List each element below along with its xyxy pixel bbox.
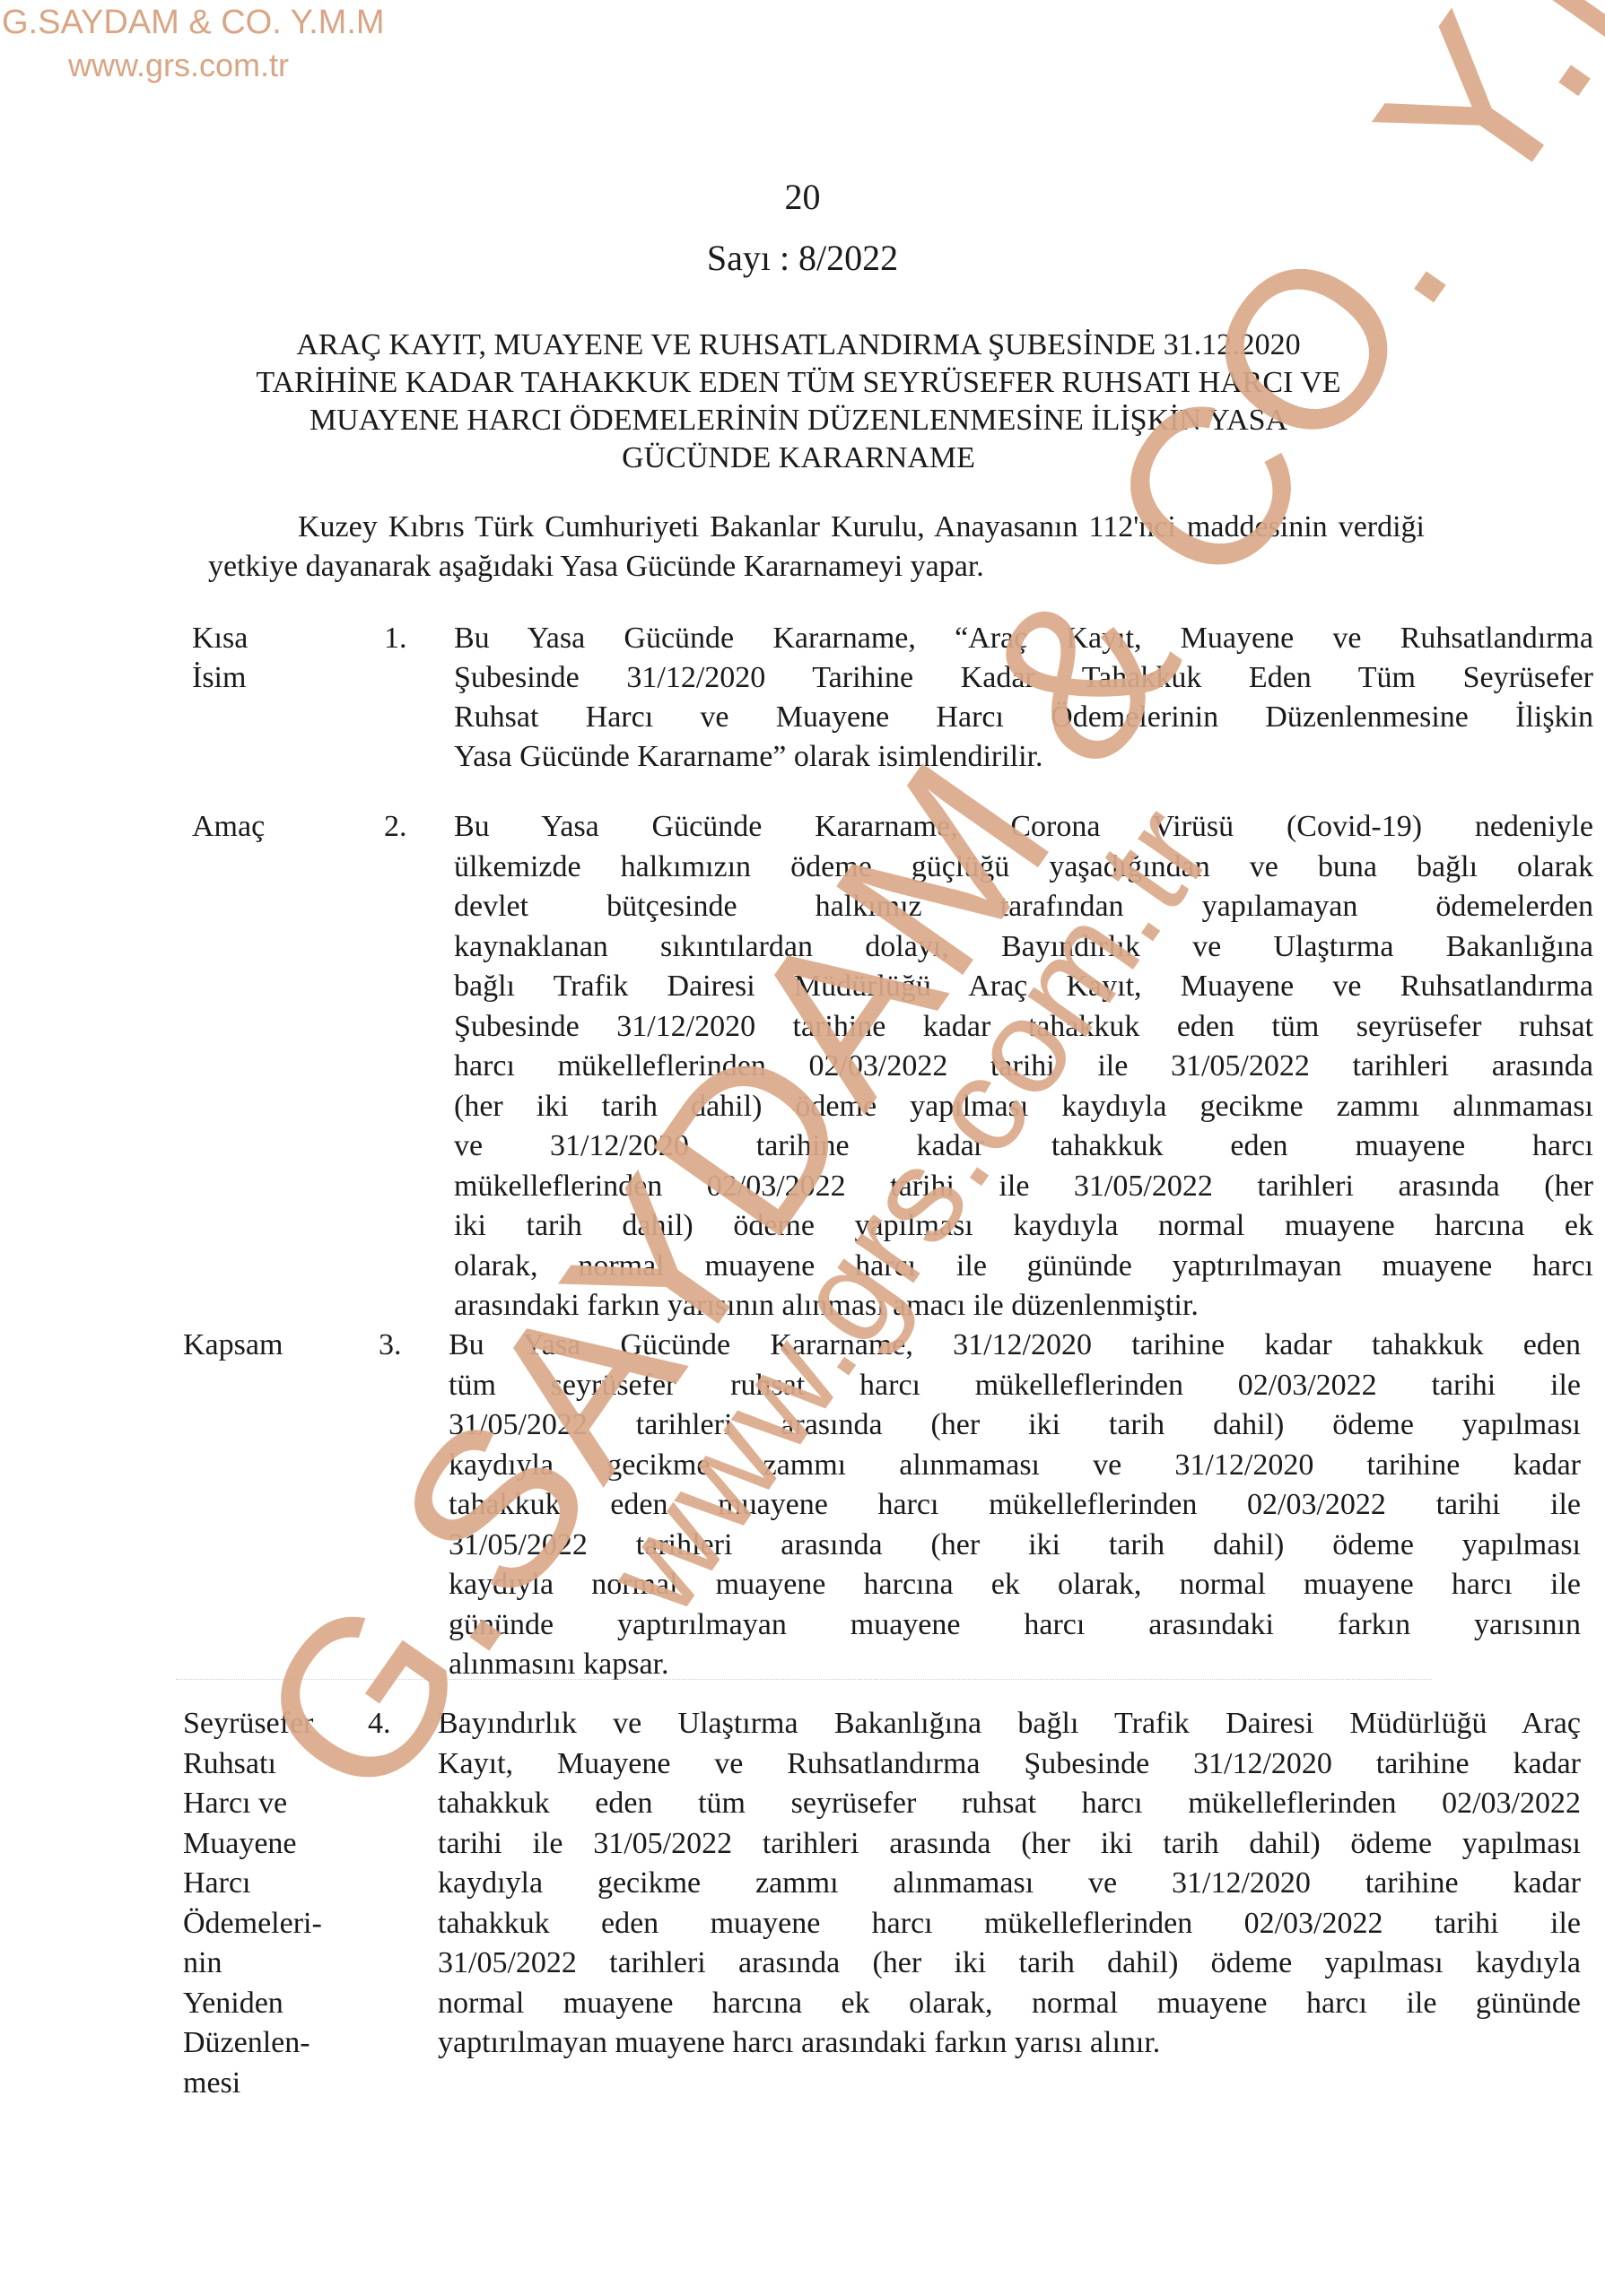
divider [176,1679,1432,1680]
label-line: Harcı [183,1864,322,1904]
stamp-website: www.grs.com.tr [68,47,289,84]
text-line: Yasa Gücünde Kararname” olarak isimlendi… [454,737,1593,777]
text-line: tahakkuk eden muayene harcı mükellefleri… [438,1904,1581,1944]
label-line: Düzenlen- [183,2023,322,2064]
text-line: tahakkuk eden muayene harcı mükellefleri… [449,1485,1581,1526]
section-label: Kısa İsim [192,619,248,698]
text-line: Şubesinde 31/12/2020 Tarihine Kadar Taha… [454,658,1593,698]
text-line: (her iki tarih dahil) ödeme yapılması ka… [454,1087,1593,1127]
issue-number: Sayı : 8/2022 [0,237,1605,279]
section-label: Seyrüsefer Ruhsatı Harcı ve Muayene Harc… [183,1704,322,2103]
document-title: ARAÇ KAYIT, MUAYENE VE RUHSATLANDIRMA ŞU… [197,326,1400,477]
section-number: 4. [368,1704,391,1744]
title-line: MUAYENE HARCI ÖDEMELERİNİN DÜZENLENMESİN… [197,402,1400,439]
text-line: ülkemizde halkımızın ödeme güçlüğü yaşad… [454,848,1593,888]
text-line: tüm seyrüsefer ruhsat harcı mükellefleri… [449,1366,1581,1406]
text-line: kaydıyla normal muayene harcına ek olara… [449,1565,1581,1605]
text-line: kaydıyla gecikme zammı alınmaması ve 31/… [449,1446,1581,1486]
text-line: gününde yaptırılmayan muayene harcı aras… [449,1605,1581,1646]
label-line: Ruhsatı [183,1744,322,1785]
text-line: 31/05/2022 tarihleri arasında (her iki t… [449,1405,1581,1446]
text-line: Bu Yasa Gücünde Kararname, Corona Virüsü… [454,807,1593,848]
section-label: Kapsam [183,1326,283,1365]
preamble: Kuzey Kıbrıs Türk Cumhuriyeti Bakanlar K… [208,508,1425,587]
text-line: arasındaki farkın yarısının alınması ama… [454,1286,1593,1326]
label-line: Ödemeleri- [183,1904,322,1944]
title-line: ARAÇ KAYIT, MUAYENE VE RUHSATLANDIRMA ŞU… [197,326,1400,364]
title-line: GÜCÜNDE KARARNAME [197,439,1400,477]
text-line: Ruhsat Harcı ve Muayene Harcı Ödemelerin… [454,698,1593,737]
text-line: devlet bütçesinde halkımız tarafından ya… [454,887,1593,927]
label-line: Harcı ve [183,1784,322,1824]
text-line: ve 31/12/2020 tarihine kadar tahakkuk ed… [454,1126,1593,1167]
text-line: Bu Yasa Gücünde Kararname, “Araç Kayıt, … [454,619,1593,658]
text-line: yaptırılmayan muayene harcı arasındaki f… [438,2023,1581,2064]
text-line: olarak, normal muayene harcı ile gününde… [454,1247,1593,1287]
text-line: kaydıyla gecikme zammı alınmaması ve 31/… [438,1864,1581,1904]
text-line: Bu Yasa Gücünde Kararname, 31/12/2020 ta… [449,1326,1581,1366]
section-label: Amaç [192,807,265,847]
section-text: Bu Yasa Gücünde Kararname, 31/12/2020 ta… [449,1326,1581,1685]
text-line: iki tarih dahil) ödeme yapılması kaydıyl… [454,1206,1593,1247]
text-line: Şubesinde 31/12/2020 tarihine kadar taha… [454,1007,1593,1048]
text-line: bağlı Trafik Dairesi Müdürlüğü Araç Kayı… [454,967,1593,1007]
section-text: Bayındırlık ve Ulaştırma Bakanlığına bağ… [438,1704,1581,2064]
section-number: 1. [384,619,407,658]
text-line: normal muayene harcına ek olarak, normal… [438,1984,1581,2024]
stamp-company-name: G.SAYDAM & CO. Y.M.M [2,4,385,42]
label-line: Muayene [183,1824,322,1865]
label-line: nin [183,1944,322,1984]
text-line: tarihi ile 31/05/2022 tarihleri arasında… [438,1824,1581,1865]
label-line: Seyrüsefer [183,1704,322,1744]
text-line: Bayındırlık ve Ulaştırma Bakanlığına bağ… [438,1704,1581,1744]
section-number: 3. [379,1326,402,1365]
section-number: 2. [384,807,407,847]
label-line: Yeniden [183,1984,322,2024]
text-line: mükelleflerinden 02/03/2022 tarihi ile 3… [454,1167,1593,1207]
text-line: 31/05/2022 tarihleri arasında (her iki t… [438,1944,1581,1984]
text-line: 31/05/2022 tarihleri arasında (her iki t… [449,1526,1581,1566]
section-text: Bu Yasa Gücünde Kararname, Corona Virüsü… [454,807,1593,1326]
text-line: kaynaklanan sıkıntılardan dolayı, Bayınd… [454,927,1593,968]
text-line: Kayıt, Muayene ve Ruhsatlandırma Şubesin… [438,1744,1581,1785]
page-number: 20 [0,176,1605,218]
text-line: harcı mükelleflerinden 02/03/2022 tarihi… [454,1047,1593,1087]
title-line: TARİHİNE KADAR TAHAKKUK EDEN TÜM SEYRÜSE… [197,364,1400,402]
section-text: Bu Yasa Gücünde Kararname, “Araç Kayıt, … [454,619,1593,777]
label-line: mesi [183,2064,322,2104]
text-line: tahakkuk eden tüm seyrüsefer ruhsat harc… [438,1784,1581,1824]
